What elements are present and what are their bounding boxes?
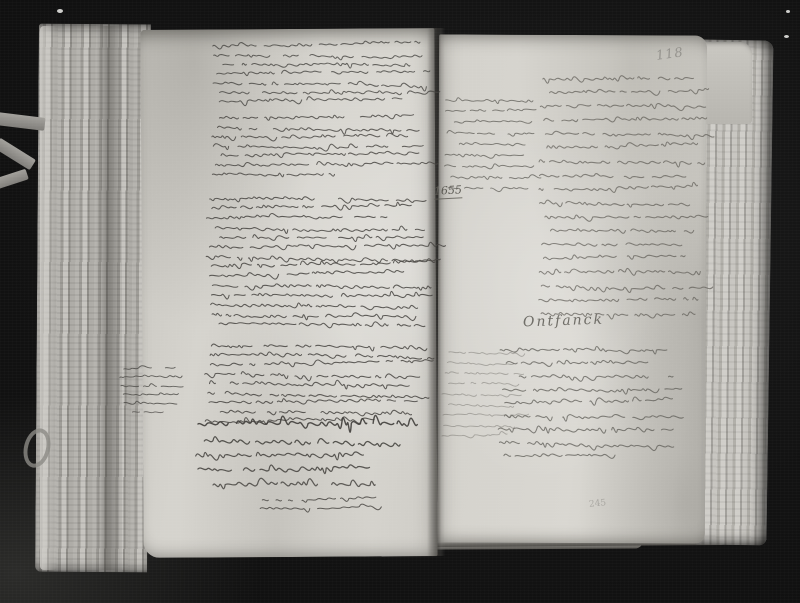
ink-line <box>544 116 712 122</box>
ink-line <box>212 311 416 321</box>
ink-line <box>212 201 411 211</box>
ink-line <box>545 215 708 222</box>
ink-line <box>541 285 713 293</box>
ink-line <box>504 453 615 460</box>
ink-line <box>212 173 334 177</box>
ink-line <box>132 412 180 413</box>
right-upper-right-column <box>538 74 718 334</box>
ink-line <box>223 62 410 69</box>
ink-line <box>539 159 705 167</box>
ink-line <box>220 233 423 243</box>
ink-line <box>217 69 434 76</box>
ink-line <box>445 109 536 112</box>
ink-line <box>120 375 182 378</box>
ink-line <box>196 452 364 461</box>
ink-line <box>217 126 425 135</box>
ink-line <box>547 142 698 150</box>
ink-line <box>550 229 693 234</box>
ink-line <box>500 346 667 356</box>
ink-line <box>499 441 673 451</box>
ink-line <box>451 174 541 180</box>
ink-line <box>543 75 694 83</box>
ink-line <box>219 96 402 107</box>
ink-line <box>506 360 648 367</box>
ink-line <box>210 196 426 204</box>
ink-line <box>262 497 376 503</box>
ink-line <box>210 360 433 367</box>
ink-line <box>198 465 373 474</box>
ink-line <box>212 133 408 141</box>
manuscript-photo: 118 1655 Ontfanck 245 <box>0 0 800 603</box>
ink-line <box>503 387 682 394</box>
ink-line <box>124 366 184 370</box>
ink-line <box>210 352 434 360</box>
ink-line <box>121 384 183 388</box>
left-paragraph-3 <box>205 194 447 340</box>
right-body-paragraph <box>497 345 683 476</box>
ink-line <box>211 291 432 299</box>
ink-line <box>219 114 413 121</box>
ink-line <box>505 397 673 406</box>
ink-line <box>504 413 683 422</box>
ink-line <box>543 254 695 260</box>
ink-line <box>498 425 673 433</box>
ink-line <box>213 477 375 490</box>
ink-line <box>447 130 534 136</box>
ink-line <box>539 268 700 275</box>
ink-line <box>213 144 423 151</box>
ink-line <box>539 296 702 302</box>
ink-line <box>459 142 525 145</box>
ink-line <box>209 399 417 405</box>
ink-line <box>214 53 426 61</box>
ink-line <box>212 283 431 292</box>
ink-line <box>124 401 177 405</box>
faint-page-number: 245 <box>589 498 607 510</box>
ink-line <box>206 213 401 219</box>
ink-line <box>211 302 418 310</box>
ink-line <box>539 182 698 193</box>
ink-line <box>260 503 381 512</box>
ink-line <box>209 242 445 251</box>
ink-line <box>219 322 425 328</box>
ink-line <box>542 242 682 247</box>
ink-line <box>545 131 714 139</box>
ink-line <box>540 103 711 111</box>
ink-line <box>123 393 178 396</box>
handwriting-layer <box>0 0 800 603</box>
ink-line <box>208 391 429 399</box>
ink-line <box>519 374 673 382</box>
ink-line <box>221 151 419 158</box>
ink-line <box>215 161 438 168</box>
ink-line <box>211 342 426 353</box>
ink-line <box>444 163 533 169</box>
ink-line <box>540 200 690 208</box>
left-paragraph-1 <box>212 41 446 118</box>
section-heading: Ontfanck <box>523 312 605 331</box>
ink-line <box>446 97 533 104</box>
ink-line <box>454 120 531 124</box>
ink-line <box>215 224 424 236</box>
signature-line-6 <box>258 495 388 524</box>
ink-line <box>213 40 420 49</box>
left-paragraph-2 <box>210 113 446 191</box>
ink-line <box>204 437 400 447</box>
ink-line <box>220 408 411 417</box>
left-margin-note-flourish <box>120 407 187 425</box>
ink-line <box>550 88 709 96</box>
ink-line <box>213 81 426 91</box>
ink-line <box>445 154 524 158</box>
year-note: 1655 <box>434 183 463 199</box>
ink-line <box>539 173 685 179</box>
ink-line <box>209 269 403 279</box>
ink-line <box>220 89 440 95</box>
ink-line <box>205 371 420 382</box>
